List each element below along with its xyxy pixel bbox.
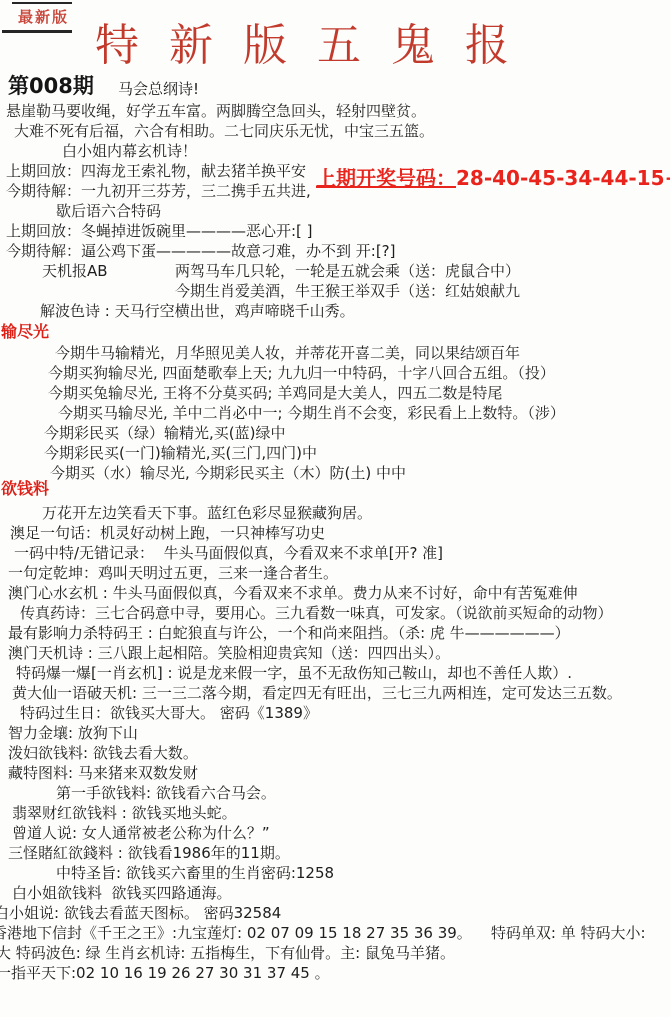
issue-number: 第008期 [8,70,94,100]
yu-line: 一码中特/无错记录： 牛头马面假似真，今看双来不求单[开? 准] [0,543,670,563]
poem-line: 悬崖勒马要收绳，好学五车富。两脚腾空急回头，轻射四壁贫。 [0,101,670,121]
tianji-row: 今期生肖爱美酒，牛王猴王举双手（送：红姑娘献九 [0,281,670,301]
yu-line: 传真药诗：三七合码意中寻，要用心。三九看数一味真，可发家。（说欲前买短命的动物） [0,603,670,623]
yu-line: 澳门天机诗 : 三八跟上起相陪。笑脸相迎贵宾知（送：四四出头）。 [0,643,670,663]
tianji-line2: 今期生肖爱美酒，牛王猴王举双手（送：红姑娘献九 [175,281,520,301]
yu-line: 白小姐欲钱料 欲钱买四路通海。 [0,883,670,903]
yu-line: 最有影响力杀特码王 : 白蛇狼直与许公，一个和尚来阻挡。（杀: 虎 牛—————… [0,623,670,643]
yu-line: 泼妇欲钱料: 欲钱去看大数。 [0,743,670,763]
poem-subtitle: 白小姐内幕玄机诗！ [0,141,670,161]
riddle-this-line: 今期待解：逼公鸡下蛋—————故意刁难，办不到 开:[?] [0,241,670,261]
yu-line: 三怪賭紅欲錢料 : 欲钱看1986年的11期。 [0,843,670,863]
masthead-title: 特 新 版 五 鬼 报 [95,22,517,70]
shu-line: 今期买马输尽光, 羊中二肖必中一; 今期生肖不会变，彩民看上上数特。（涉） [0,403,670,423]
section-heading-shujinguang: 输尽光 [0,321,670,343]
latest-edition-badge: 最新版 [18,6,69,27]
five-ghost-report-page: 最新版 特 新 版 五 鬼 报 第008期 马会总纲诗! 上期开奖号码：28-4… [0,0,670,1017]
last-draw-values: 28-40-45-34-44-15+41 [456,166,670,190]
shu-line: 今期买（水）输尽光, 今期彩民买主（木）防(土) 中中 [0,463,670,483]
yu-line: 万花开左边笑看天下事。蓝红色彩尽显猴藏狗居。 [0,503,670,523]
tianji-line1: 两驾马车几只轮，一轮是五就会乘（送：虎鼠合中） [175,261,520,281]
yu-line: 澳足一句话：机灵好动树上跑，一只神棒写功史 [0,523,670,543]
riddle-subtitle: 歇后语六合特码 [0,201,670,221]
yu-line: 第一手欲钱料: 欲钱看六合马会。 [0,783,670,803]
yu-line: 澳门心水玄机 : 牛头马面假似真，今看双来不求单。费力从来不讨好，命中有苦冤难伸 [0,583,670,603]
shu-line: 今期买狗输尽光, 四面楚歌奉上天; 九九归一中特码，十字八回合五组。（投） [0,363,670,383]
yu-line: 一句定乾坤：鸡叫天明过五更，三来一逢合者生。 [0,563,670,583]
tianji-row: 天机报AB两驾马车几只轮，一轮是五就会乘（送：虎鼠合中） [0,261,670,281]
yu-line: 白小姐说: 欲钱去看蓝天图标。 密码32584 [0,903,670,923]
yu-line: 大 特码波色: 绿 生肖玄机诗: 五指梅生，下有仙骨。主: 鼠兔马羊猪。 [0,943,670,963]
last-draw-label: 上期开奖号码： [316,166,456,190]
shu-line: 今期彩民买（绿）输精光,买(蓝)绿中 [0,423,670,443]
yu-line: 香港地下信封《千王之王》:九宝莲灯: 02 07 09 15 18 27 35 … [0,923,670,943]
yu-line: 翡翠财红欲钱料 : 欲钱买地头蛇。 [0,803,670,823]
yu-line: 一指平天下:02 10 16 19 26 27 30 31 37 45 。 [0,963,670,983]
yu-line: 中特圣旨: 欲钱买六畜里的生肖密码:1258 [0,863,670,883]
bottom-rule-line [2,30,72,33]
yu-line: 藏特图料: 马来猪来双数发财 [0,763,670,783]
yu-line: 特码爆一爆[一肖玄机] : 说是龙来假一字，虽不无敌伤知己鞍山，却也不善任人欺）… [0,663,670,683]
wave-color-poem: 解波色诗 : 天马行空横出世，鸡声啼晓千山秀。 [0,301,670,321]
yu-line: 特码过生日：欲钱买大哥大。 密码《1389》 [0,703,670,723]
tianji-label: 天机报AB [42,262,108,280]
issue-note: 马会总纲诗! [118,78,199,99]
last-draw-numbers: 上期开奖号码：28-40-45-34-44-15+41 [316,162,670,191]
shu-line: 今期买兔输尽光, 王将不分莫买码; 羊鸡同是大美人，四五二数是特尾 [0,383,670,403]
yu-line: 黄大仙一语破天机: 三一三二落今期，看定四无有旺出，三七三九两相连，定可发达三五… [0,683,670,703]
shu-line: 今期彩民买(一门)输精光,买(三门,四门)中 [0,443,670,463]
yu-line: 曾道人说: 女人通常被老公称为什么？” [0,823,670,843]
yu-line: 智力金壤: 放狗下山 [0,723,670,743]
shu-line: 今期牛马输精光，月华照见美人妆，并蒂花开喜二美，同以果结颂百年 [0,343,670,363]
riddle-last-line: 上期回放：冬蝇掉进饭碗里————恶心开:[ ] [0,221,670,241]
poem-line: 大难不死有后福，六合有相助。二七同庆乐无忧，中宝三五篮。 [0,121,670,141]
top-rule-line [12,2,72,4]
body-text: 悬崖勒马要收绳，好学五车富。两脚腾空急回头，轻射四壁贫。 大难不死有后福，六合有… [0,101,670,983]
